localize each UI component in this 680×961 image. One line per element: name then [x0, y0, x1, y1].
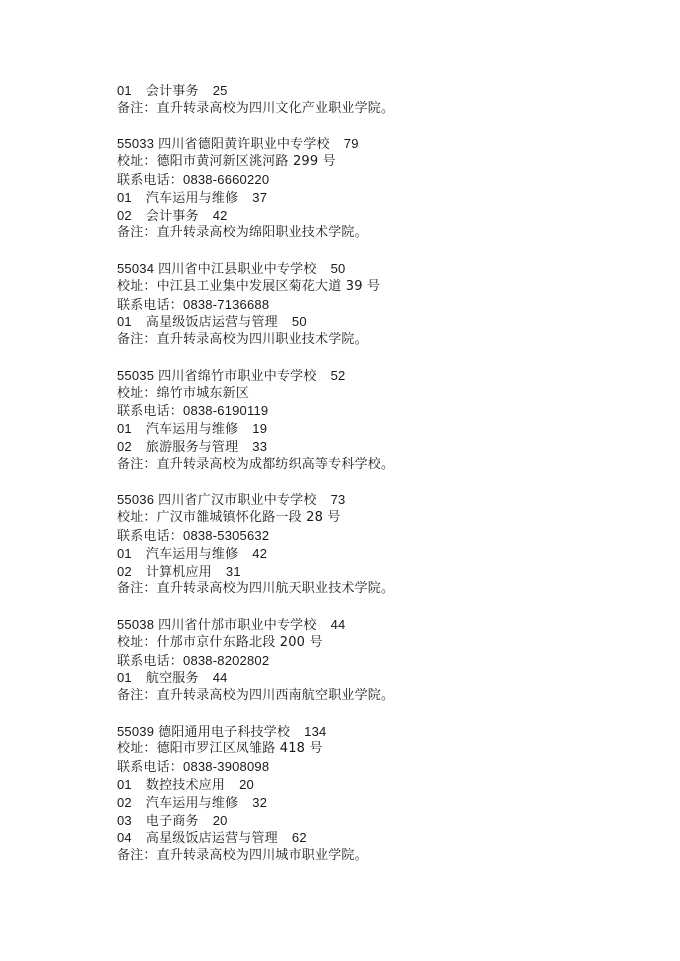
major-count: 19 [252, 421, 267, 436]
spacer [117, 242, 637, 260]
note-label: 备注： [117, 225, 157, 240]
school-block: 55036四川省广汉市职业中专学校73 校址：广汉市雒城镇怀化路一段 28 号 … [117, 491, 637, 598]
note-label: 备注： [117, 688, 157, 703]
major-code: 01 [117, 421, 132, 436]
address-line: 校址：德阳市罗江区凤雏路 418 号 [117, 740, 637, 758]
major-code: 03 [117, 813, 132, 828]
school-heading: 55033四川省德阳黄许职业中专学校79 [117, 135, 637, 153]
phone-value: 0838-6190119 [183, 403, 268, 418]
note-text: 直升转录高校为四川西南航空职业学院。 [157, 688, 395, 703]
address-line: 校址：什邡市京什东路北段 200 号 [117, 634, 637, 652]
phone-line: 联系电话：0838-3908098 [117, 758, 637, 776]
address-label: 校址： [117, 279, 157, 294]
major-name: 航空服务 [146, 671, 199, 686]
school-total: 44 [331, 617, 346, 632]
note-text: 直升转录高校为四川城市职业学院。 [157, 848, 368, 863]
school-block: 55035四川省绵竹市职业中专学校52 校址：绵竹市城东新区 联系电话：0838… [117, 367, 637, 474]
major-name: 会计事务 [146, 84, 199, 99]
major-name: 计算机应用 [146, 565, 212, 580]
major-code: 02 [117, 439, 132, 454]
address-label: 校址： [117, 154, 157, 169]
major-code: 02 [117, 795, 132, 810]
note-text: 直升转录高校为四川文化产业职业学院。 [157, 101, 395, 116]
address-value: 德阳市罗江区凤雏路 418 号 [157, 741, 323, 756]
major-count: 37 [252, 190, 267, 205]
major-name: 高星级饭店运营与管理 [146, 831, 278, 846]
major-name: 汽车运用与维修 [146, 796, 238, 811]
school-block: 55033四川省德阳黄许职业中专学校79 校址：德阳市黄河新区洮河路 299 号… [117, 135, 637, 242]
major-line: 01会计事务25 [117, 82, 637, 100]
school-block: 55034四川省中江县职业中专学校50 校址：中江县工业集中发展区菊花大道 39… [117, 260, 637, 349]
school-code: 55036 [117, 492, 154, 507]
document-page: 01会计事务25 备注：直升转录高校为四川文化产业职业学院。 55033四川省德… [117, 82, 637, 865]
major-code: 01 [117, 314, 132, 329]
major-code: 01 [117, 190, 132, 205]
phone-label: 联系电话： [117, 298, 183, 313]
address-label: 校址： [117, 741, 157, 756]
note-line: 备注：直升转录高校为四川职业技术学院。 [117, 331, 637, 349]
major-count: 42 [213, 208, 228, 223]
school-heading: 55034四川省中江县职业中专学校50 [117, 260, 637, 278]
major-count: 42 [252, 546, 267, 561]
phone-line: 联系电话：0838-8202802 [117, 652, 637, 670]
major-code: 02 [117, 208, 132, 223]
school-total: 73 [331, 492, 346, 507]
phone-label: 联系电话： [117, 173, 183, 188]
note-label: 备注： [117, 848, 157, 863]
school-total: 134 [304, 724, 326, 739]
school-name: 四川省中江县职业中专学校 [158, 262, 316, 277]
spacer [117, 118, 637, 136]
major-count: 20 [239, 777, 254, 792]
major-line: 02计算机应用31 [117, 563, 637, 581]
school-total: 52 [331, 368, 346, 383]
major-line: 03电子商务20 [117, 812, 637, 830]
major-name: 汽车运用与维修 [146, 191, 238, 206]
school-heading: 55039德阳通用电子科技学校134 [117, 723, 637, 741]
phone-label: 联系电话： [117, 760, 183, 775]
address-line: 校址：绵竹市城东新区 [117, 385, 637, 403]
school-name: 德阳通用电子科技学校 [158, 725, 290, 740]
major-count: 31 [226, 564, 241, 579]
note-line: 备注：直升转录高校为四川文化产业职业学院。 [117, 100, 637, 118]
note-label: 备注： [117, 457, 157, 472]
major-code: 01 [117, 83, 132, 98]
major-code: 01 [117, 777, 132, 792]
school-name: 四川省绵竹市职业中专学校 [158, 369, 316, 384]
note-label: 备注： [117, 581, 157, 596]
note-text: 直升转录高校为绵阳职业技术学院。 [157, 225, 368, 240]
school-total: 79 [344, 136, 359, 151]
school-heading: 55035四川省绵竹市职业中专学校52 [117, 367, 637, 385]
note-text: 直升转录高校为四川职业技术学院。 [157, 332, 368, 347]
major-name: 电子商务 [146, 814, 199, 829]
note-line: 备注：直升转录高校为成都纺织高等专科学校。 [117, 456, 637, 474]
school-heading: 55036四川省广汉市职业中专学校73 [117, 491, 637, 509]
school-code: 55038 [117, 617, 154, 632]
phone-label: 联系电话： [117, 654, 183, 669]
major-count: 44 [213, 670, 228, 685]
note-line: 备注：直升转录高校为绵阳职业技术学院。 [117, 224, 637, 242]
spacer [117, 705, 637, 723]
major-line: 01汽车运用与维修19 [117, 420, 637, 438]
school-block: 55039德阳通用电子科技学校134 校址：德阳市罗江区凤雏路 418 号 联系… [117, 723, 637, 865]
major-name: 数控技术应用 [146, 778, 225, 793]
address-value: 广汉市雒城镇怀化路一段 28 号 [157, 510, 341, 525]
address-line: 校址：德阳市黄河新区洮河路 299 号 [117, 153, 637, 171]
school-code: 55039 [117, 724, 154, 739]
school-name: 四川省德阳黄许职业中专学校 [158, 137, 330, 152]
phone-line: 联系电话：0838-6660220 [117, 171, 637, 189]
phone-label: 联系电话： [117, 404, 183, 419]
major-name: 汽车运用与维修 [146, 422, 238, 437]
phone-line: 联系电话：0838-5305632 [117, 527, 637, 545]
school-name: 四川省什邡市职业中专学校 [158, 618, 316, 633]
phone-value: 0838-6660220 [183, 172, 269, 187]
major-line: 02会计事务42 [117, 207, 637, 225]
major-count: 20 [213, 813, 228, 828]
spacer [117, 598, 637, 616]
major-line: 04高星级饭店运营与管理62 [117, 829, 637, 847]
address-label: 校址： [117, 386, 157, 401]
note-line: 备注：直升转录高校为四川城市职业学院。 [117, 847, 637, 865]
phone-value: 0838-7136688 [183, 297, 269, 312]
major-code: 02 [117, 564, 132, 579]
address-value: 德阳市黄河新区洮河路 299 号 [157, 154, 336, 169]
phone-label: 联系电话： [117, 529, 183, 544]
major-line: 01航空服务44 [117, 669, 637, 687]
address-value: 绵竹市城东新区 [157, 386, 249, 401]
school-code: 55034 [117, 261, 154, 276]
note-text: 直升转录高校为四川航天职业技术学院。 [157, 581, 395, 596]
school-code: 55033 [117, 136, 154, 151]
school-total: 50 [331, 261, 346, 276]
spacer [117, 349, 637, 367]
address-label: 校址： [117, 510, 157, 525]
note-label: 备注： [117, 101, 157, 116]
major-line: 01汽车运用与维修42 [117, 545, 637, 563]
school-code: 55035 [117, 368, 154, 383]
major-code: 01 [117, 670, 132, 685]
school-heading: 55038四川省什邡市职业中专学校44 [117, 616, 637, 634]
address-value: 中江县工业集中发展区菊花大道 39 号 [157, 279, 381, 294]
phone-value: 0838-8202802 [183, 653, 269, 668]
spacer [117, 474, 637, 492]
major-line: 01汽车运用与维修37 [117, 189, 637, 207]
address-label: 校址： [117, 635, 157, 650]
school-name: 四川省广汉市职业中专学校 [158, 493, 316, 508]
major-count: 33 [252, 439, 267, 454]
major-count: 32 [252, 795, 267, 810]
major-line: 01高星级饭店运营与管理50 [117, 313, 637, 331]
major-name: 会计事务 [146, 209, 199, 224]
phone-value: 0838-3908098 [183, 759, 269, 774]
note-text: 直升转录高校为成都纺织高等专科学校。 [157, 457, 395, 472]
address-line: 校址：广汉市雒城镇怀化路一段 28 号 [117, 509, 637, 527]
address-value: 什邡市京什东路北段 200 号 [157, 635, 323, 650]
phone-line: 联系电话：0838-7136688 [117, 296, 637, 314]
note-line: 备注：直升转录高校为四川西南航空职业学院。 [117, 687, 637, 705]
major-count: 62 [292, 830, 307, 845]
address-line: 校址：中江县工业集中发展区菊花大道 39 号 [117, 278, 637, 296]
major-code: 04 [117, 830, 132, 845]
major-line: 01数控技术应用20 [117, 776, 637, 794]
major-code: 01 [117, 546, 132, 561]
major-count: 50 [292, 314, 307, 329]
school-block: 55038四川省什邡市职业中专学校44 校址：什邡市京什东路北段 200 号 联… [117, 616, 637, 705]
phone-value: 0838-5305632 [183, 528, 269, 543]
major-line: 02旅游服务与管理33 [117, 438, 637, 456]
note-line: 备注：直升转录高校为四川航天职业技术学院。 [117, 580, 637, 598]
phone-line: 联系电话：0838-6190119 [117, 402, 637, 420]
major-line: 02汽车运用与维修32 [117, 794, 637, 812]
major-count: 25 [213, 83, 228, 98]
major-name: 旅游服务与管理 [146, 440, 238, 455]
major-name: 高星级饭店运营与管理 [146, 315, 278, 330]
note-label: 备注： [117, 332, 157, 347]
major-name: 汽车运用与维修 [146, 547, 238, 562]
leading-block: 01会计事务25 备注：直升转录高校为四川文化产业职业学院。 [117, 82, 637, 118]
